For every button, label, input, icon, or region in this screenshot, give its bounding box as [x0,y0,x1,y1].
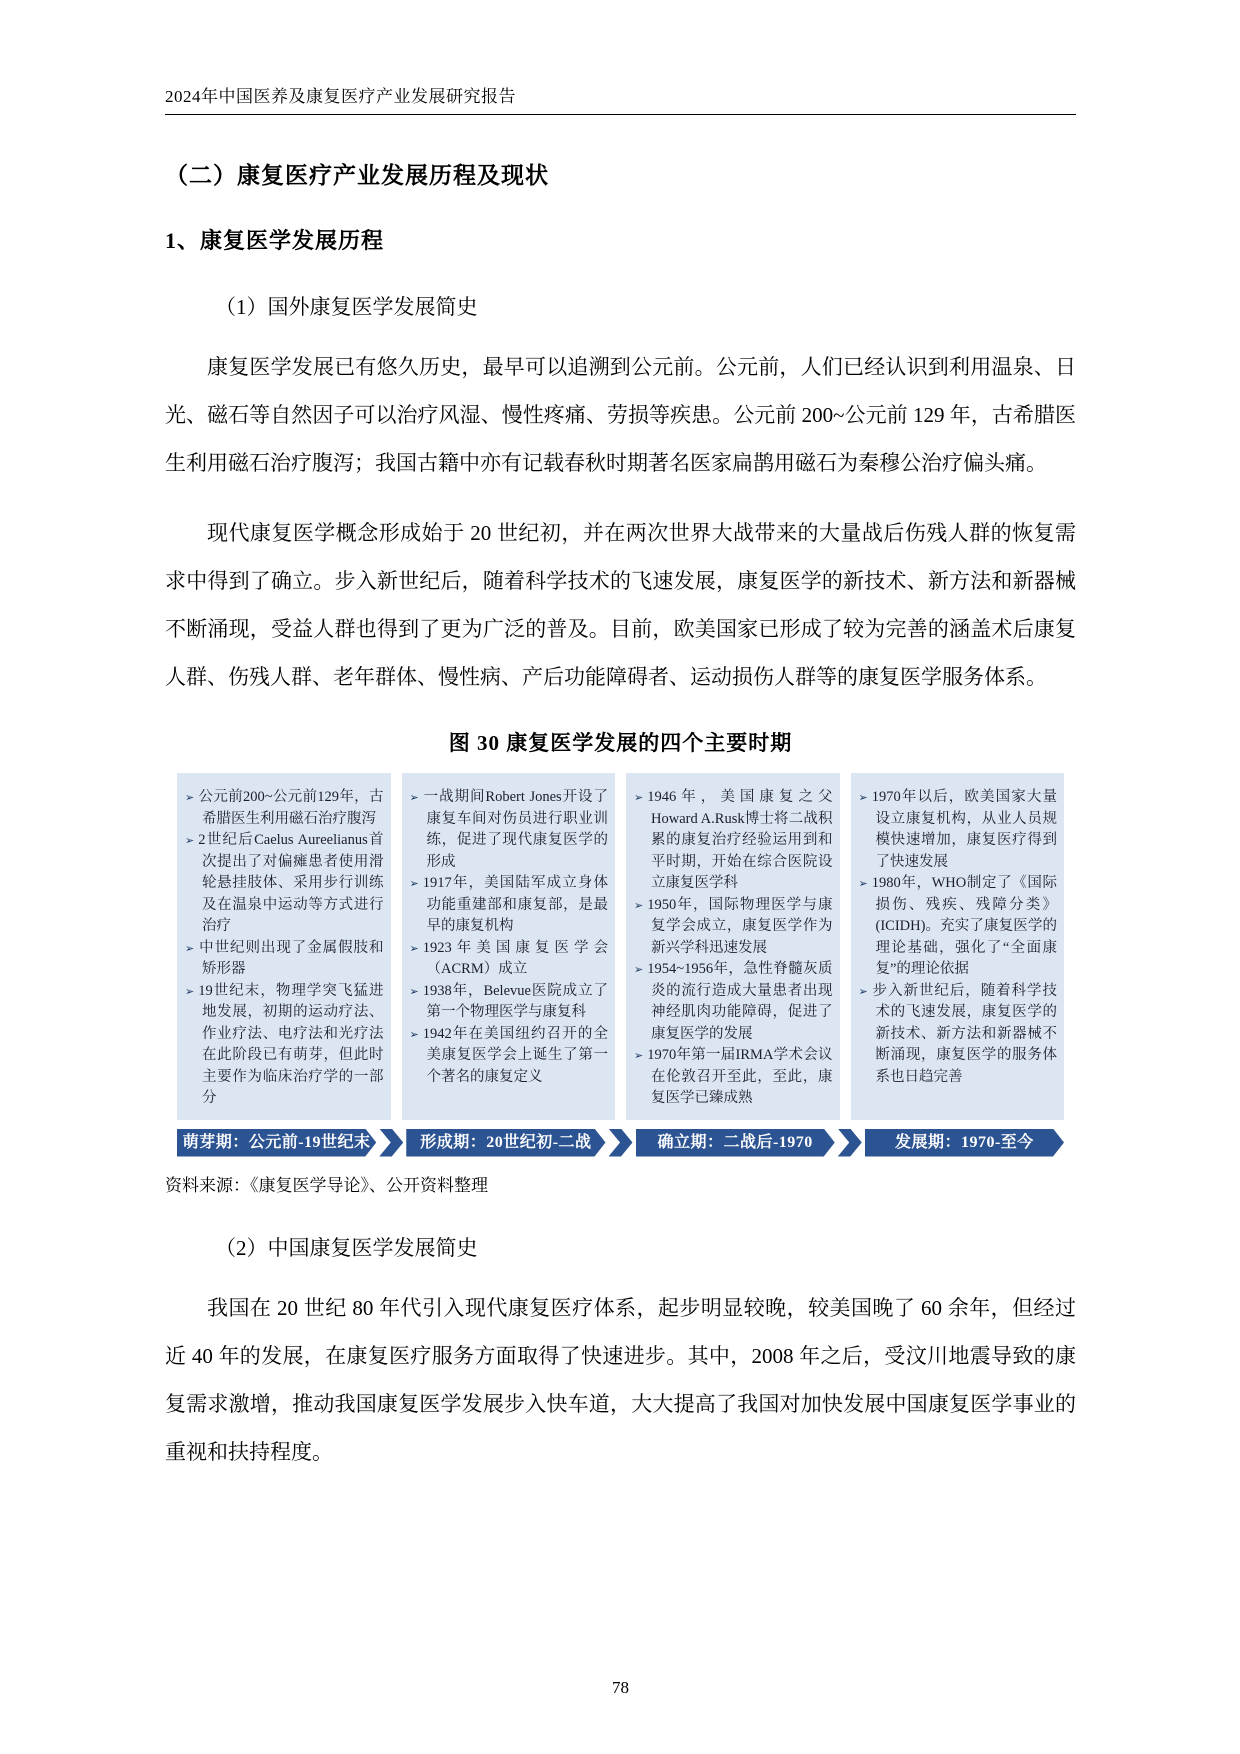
report-header: 2024年中国医养及康复医疗产业发展研究报告 [165,82,1076,115]
arrow-bullet-icon: ➢ [634,791,643,804]
arrow-bullet-icon: ➢ [185,834,194,847]
document-page: 2024年中国医养及康复医疗产业发展研究报告 （二）康复医疗产业发展历程及现状 … [0,0,1240,1754]
subsection-heading: 1、康复医学发展历程 [165,224,1076,255]
phase-bar-development: 发展期：1970-至今 [865,1129,1064,1157]
timeline-item: ➢1950年，国际物理医学与康复学会成立，康复医学作为新兴学科迅速发展 [634,895,833,960]
arrow-bullet-icon: ➢ [185,791,194,804]
timeline-item-text: 1950年，国际物理医学与康复学会成立，康复医学作为新兴学科迅速发展 [647,897,832,956]
timeline-column-development: ➢1970年以后，欧美国家大量设立康复机构，从业人员规模快速增加，康复医疗得到了… [851,773,1065,1120]
timeline-phase-bars: 萌芽期：公元前-19世纪末 形成期：20世纪初-二战 确立期：二战后-1970 … [177,1129,1064,1157]
timeline-column-establishment: ➢1946年，美国康复之父Howard A.Rusk博士将二战积累的康复治疗经验… [626,773,840,1120]
arrow-bullet-icon: ➢ [634,1049,643,1062]
paragraph-history-origin: 康复医学发展已有悠久历史，最早可以追溯到公元前。公元前，人们已经认识到利用温泉、… [165,343,1076,487]
arrow-bullet-icon: ➢ [185,942,194,955]
timeline-item: ➢2世纪后Caelus Aureelianus首次提出了对偏瘫患者使用滑轮悬挂肢… [185,830,384,938]
timeline-column-formation: ➢一战期间Robert Jones开设了康复车间对伤员进行职业训练，促进了现代康… [402,773,616,1120]
timeline-item-text: 1946年，美国康复之父Howard A.Rusk博士将二战积累的康复治疗经验运… [647,789,832,891]
phase-bar-formation: 形成期：20世纪初-二战 [406,1129,605,1157]
timeline-item: ➢一战期间Robert Jones开设了康复车间对伤员进行职业训练，促进了现代康… [410,787,609,873]
timeline-item: ➢1946年，美国康复之父Howard A.Rusk博士将二战积累的康复治疗经验… [634,787,833,895]
item-heading-foreign-history: （1）国外康复医学发展简史 [165,291,1076,321]
phase-bar-establishment: 确立期：二战后-1970 [636,1129,835,1157]
chevron-right-icon [379,1129,403,1157]
arrow-bullet-icon: ➢ [859,877,868,890]
item-heading-china-history: （2）中国康复医学发展简史 [165,1232,1076,1262]
timeline-item: ➢1970年以后，欧美国家大量设立康复机构，从业人员规模快速增加，康复医疗得到了… [859,787,1058,873]
timeline-item-text: 一战期间Robert Jones开设了康复车间对伤员进行职业训练，促进了现代康复… [423,789,608,870]
figure-source: 资料来源：《康复医学导论》、公开资料整理 [165,1171,1076,1196]
timeline-item: ➢19世纪末，物理学突飞猛进地发展，初期的运动疗法、作业疗法、电疗法和光疗法在此… [185,981,384,1110]
timeline-item-text: 1970年第一届IRMA学术会议在伦敦召开至此，至此，康复医学已臻成熟 [647,1047,832,1106]
timeline-item-text: 1970年以后，欧美国家大量设立康复机构，从业人员规模快速增加，康复医疗得到了快… [872,789,1057,870]
timeline-item-text: 2世纪后Caelus Aureelianus首次提出了对偏瘫患者使用滑轮悬挂肢体… [198,832,383,934]
arrow-bullet-icon: ➢ [410,1028,419,1041]
arrow-bullet-icon: ➢ [410,791,419,804]
timeline-item-text: 中世纪则出现了金属假肢和矫形器 [198,940,383,978]
arrow-bullet-icon: ➢ [410,985,419,998]
timeline-item: ➢公元前200~公元前129年，古希腊医生利用磁石治疗腹泻 [185,787,384,830]
paragraph-china-rehab: 我国在 20 世纪 80 年代引入现代康复医疗体系，起步明显较晚，较美国晚了 6… [165,1284,1076,1476]
timeline-column-germination: ➢公元前200~公元前129年，古希腊医生利用磁石治疗腹泻 ➢2世纪后Caelu… [177,773,391,1120]
timeline-item: ➢步入新世纪后，随着科学技术的飞速发展，康复医学的新技术、新方法和新器械不断涌现… [859,981,1058,1089]
chevron-right-icon [609,1129,633,1157]
arrow-bullet-icon: ➢ [634,899,643,912]
arrow-bullet-icon: ➢ [185,985,194,998]
timeline-item: ➢1942年在美国纽约召开的全美康复医学会上诞生了第一个著名的康复定义 [410,1024,609,1089]
timeline-item-text: 1938年，Belevue医院成立了第一个物理医学与康复科 [423,983,608,1021]
timeline-item-text: 1942年在美国纽约召开的全美康复医学会上诞生了第一个著名的康复定义 [423,1026,608,1085]
paragraph-modern-rehab: 现代康复医学概念形成始于 20 世纪初，并在两次世界大战带来的大量战后伤残人群的… [165,509,1076,701]
timeline-item-text: 公元前200~公元前129年，古希腊医生利用磁石治疗腹泻 [198,789,383,827]
timeline-item-text: 步入新世纪后，随着科学技术的飞速发展，康复医学的新技术、新方法和新器械不断涌现，… [872,983,1057,1085]
arrow-bullet-icon: ➢ [859,985,868,998]
arrow-bullet-icon: ➢ [410,942,419,955]
figure-title: 图 30 康复医学发展的四个主要时期 [165,727,1076,757]
arrow-bullet-icon: ➢ [859,791,868,804]
chevron-right-icon [838,1129,862,1157]
arrow-bullet-icon: ➢ [634,963,643,976]
timeline-item-text: 1980年，WHO制定了《国际损伤、残疾、残障分类》(ICIDH)。充实了康复医… [872,875,1057,977]
timeline-item: ➢1980年，WHO制定了《国际损伤、残疾、残障分类》(ICIDH)。充实了康复… [859,873,1058,981]
timeline-columns: ➢公元前200~公元前129年，古希腊医生利用磁石治疗腹泻 ➢2世纪后Caelu… [177,773,1064,1120]
arrow-bullet-icon: ➢ [410,877,419,890]
section-heading: （二）康复医疗产业发展历程及现状 [165,157,1076,190]
timeline-item-text: 1923年美国康复医学会（ACRM）成立 [423,940,608,978]
timeline-item: ➢1970年第一届IRMA学术会议在伦敦召开至此，至此，康复医学已臻成熟 [634,1045,833,1110]
timeline-item: ➢1954~1956年，急性脊髓灰质炎的流行造成大量患者出现神经肌肉功能障碍，促… [634,959,833,1045]
phase-bar-germination: 萌芽期：公元前-19世纪末 [177,1129,376,1157]
timeline-item: ➢1923年美国康复医学会（ACRM）成立 [410,938,609,981]
timeline-item-text: 1954~1956年，急性脊髓灰质炎的流行造成大量患者出现神经肌肉功能障碍，促进… [647,961,832,1042]
timeline-item-text: 19世纪末，物理学突飞猛进地发展，初期的运动疗法、作业疗法、电疗法和光疗法在此阶… [198,983,383,1107]
timeline-item: ➢1917年，美国陆军成立身体功能重建部和康复部，是最早的康复机构 [410,873,609,938]
timeline-item: ➢1938年，Belevue医院成立了第一个物理医学与康复科 [410,981,609,1024]
page-number: 78 [165,1678,1076,1754]
timeline-item: ➢中世纪则出现了金属假肢和矫形器 [185,938,384,981]
timeline-figure: ➢公元前200~公元前129年，古希腊医生利用磁石治疗腹泻 ➢2世纪后Caelu… [165,773,1076,1157]
timeline-item-text: 1917年，美国陆军成立身体功能重建部和康复部，是最早的康复机构 [423,875,608,934]
